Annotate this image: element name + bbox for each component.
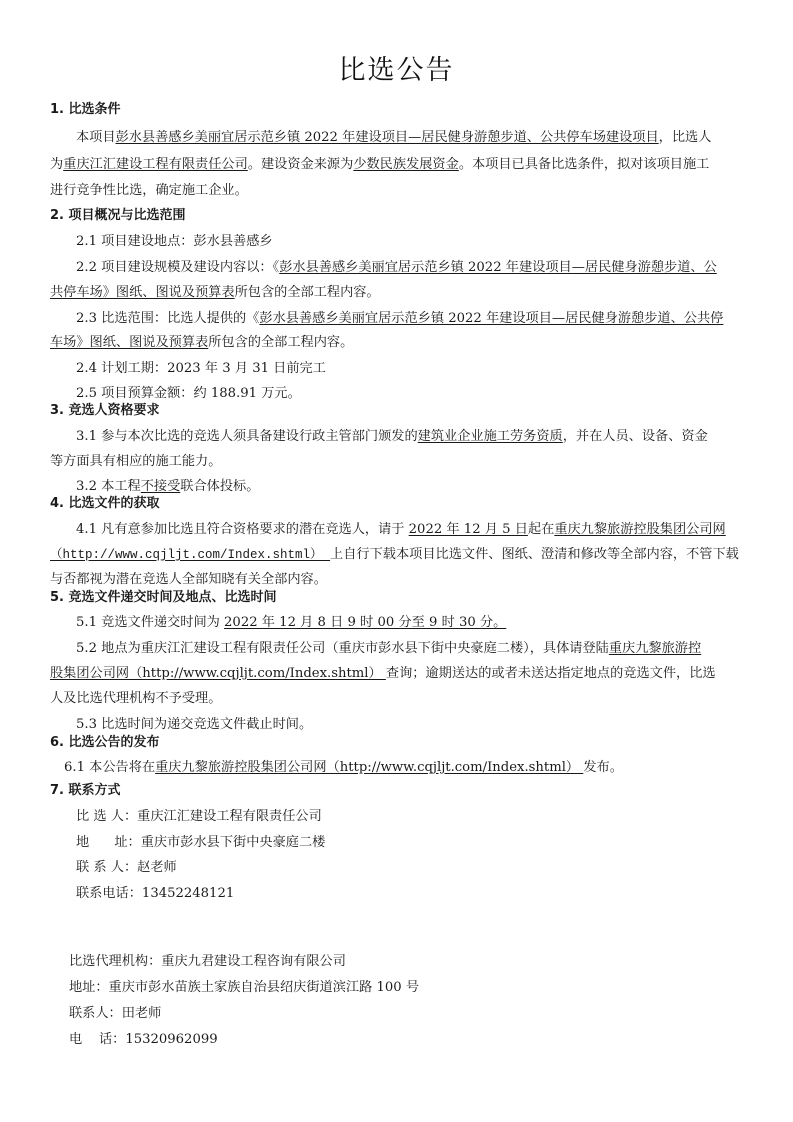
section-5-heading: 5. 竞选文件递交时间及地点、比选时间: [50, 589, 748, 607]
item-4-1-line-2: （http://www.cqjljt.com/Index.shtml） 上自行下…: [50, 546, 748, 564]
text: 所包含的全部工程内容。: [208, 335, 353, 350]
item-4-1-line-1: 4.1 凡有意参加比选且符合资格要求的潜在竞选人，请于 2022 年 12 月 …: [76, 521, 748, 539]
page-title: 比选公告: [0, 48, 793, 87]
item-2-2-line-2: 共停车场》图纸、图说及预算表所包含的全部工程内容。: [50, 284, 748, 302]
project-document-ref: 彭水县善感乡美丽宜居示范乡镇 2022 年建设项目—居民健身游憩步道、公: [279, 260, 717, 275]
item-2-3-line-2: 车场》图纸、图说及预算表所包含的全部工程内容。: [50, 334, 748, 352]
section-1-para-line-3: 进行竞争性比选，确定施工企业。: [50, 182, 748, 200]
text: ，并在人员、设备、资金: [563, 429, 708, 444]
item-5-1: 5.1 竞选文件递交时间为 2022 年 12 月 8 日 9 时 00 分至 …: [76, 614, 748, 632]
item-2-1: 2.1 项目建设地点：彭水县善感乡: [76, 233, 748, 251]
project-document-ref: 共停车场》图纸、图说及预算表: [50, 285, 235, 300]
text: 5.1 竞选文件递交时间为: [76, 615, 224, 630]
start-date: 2022 年 12 月 5 日: [409, 522, 528, 537]
section-3-heading: 3. 竞选人资格要求: [50, 402, 748, 420]
section-1-para-line-2: 为重庆江汇建设工程有限责任公司。建设资金来源为少数民族发展资金。本项目已具备比选…: [50, 156, 748, 174]
item-3-1-line-1: 3.1 参与本次比选的竞选人须具备建设行政主管部门颁发的建筑业企业施工劳务资质，…: [76, 428, 748, 446]
section-6-heading: 6. 比选公告的发布: [50, 734, 748, 752]
item-3-1-line-2: 等方面具有相应的施工能力。: [50, 453, 748, 471]
fund-source: 少数民族发展资金: [353, 157, 459, 172]
text: 联合体投标。: [180, 479, 259, 494]
item-5-2-line-1: 5.2 地点为重庆江汇建设工程有限责任公司（重庆市彭水县下街中央豪庭二楼），具体…: [76, 640, 748, 658]
project-document-ref: 车场》图纸、图说及预算表: [50, 335, 208, 350]
website-link[interactable]: 重庆九黎旅游控股集团公司网（http://www.cqjljt.com/Inde…: [155, 760, 583, 775]
text: 本项目: [76, 130, 116, 145]
submission-time: 2022 年 12 月 8 日 9 时 00 分至 9 时 30 分。: [224, 615, 506, 630]
item-2-4: 2.4 计划工期：2023 年 3 月 31 日前完工: [76, 360, 748, 378]
text: 所包含的全部工程内容。: [235, 285, 380, 300]
contact-phone: 联系电话：13452248121: [76, 885, 748, 903]
text: 5.2 地点为重庆江汇建设工程有限责任公司（重庆市彭水县下街中央豪庭二楼），具体…: [76, 641, 609, 656]
text: 2.3 比选范围：比选人提供的《: [76, 311, 259, 326]
website-url-link[interactable]: 股集团公司网（http://www.cqjljt.com/Index.shtml…: [50, 666, 386, 681]
text: 3.1 参与本次比选的竞选人须具备建设行政主管部门颁发的: [76, 429, 418, 444]
text: 3.2 本工程: [76, 479, 141, 494]
text: 起在: [528, 522, 554, 537]
text: 2.2 项目建设规模及建设内容以：《: [76, 260, 279, 275]
item-5-2-line-2: 股集团公司网（http://www.cqjljt.com/Index.shtml…: [50, 665, 748, 683]
qualification: 建筑业企业施工劳务资质: [418, 429, 563, 444]
agent-address: 地址：重庆市彭水苗族土家族自治县绍庆街道滨江路 100 号: [69, 979, 748, 997]
agent-contact: 联系人：田老师: [69, 1005, 748, 1023]
section-4-heading: 4. 比选文件的获取: [50, 495, 748, 513]
item-3-2: 3.2 本工程不接受联合体投标。: [76, 478, 748, 496]
item-5-2-line-3: 人及比选代理机构不予受理。: [50, 690, 748, 708]
section-1-heading: 1. 比选条件: [50, 101, 748, 119]
text: 4.1 凡有意参加比选且符合资格要求的潜在竞选人，请于: [76, 522, 409, 537]
text: 6.1 本公告将在: [64, 760, 155, 775]
document-page: 比选公告 1. 比选条件 本项目彭水县善感乡美丽宜居示范乡镇 2022 年建设项…: [0, 0, 793, 1122]
contact-person: 联 系 人：赵老师: [76, 859, 748, 877]
agent-phone: 电 话：15320962099: [69, 1031, 748, 1049]
text: 为: [50, 157, 63, 172]
tenderer-name: 重庆江汇建设工程有限责任公司: [63, 157, 248, 172]
website-name-link[interactable]: 重庆九黎旅游控: [609, 641, 701, 656]
item-4-1-line-3: 与否都视为潜在竞选人全部知晓有关全部内容。: [50, 571, 748, 589]
item-5-3: 5.3 比选时间为递交竞选文件截止时间。: [76, 716, 748, 734]
contact-address: 地 址：重庆市彭水县下街中央豪庭二楼: [76, 834, 748, 852]
text: 查询；逾期送达的或者未送达指定地点的竞选文件，比选: [386, 666, 716, 681]
item-6-1: 6.1 本公告将在重庆九黎旅游控股集团公司网（http://www.cqjljt…: [64, 759, 748, 777]
section-2-heading: 2. 项目概况与比选范围: [50, 207, 748, 225]
text: 。建设资金来源为: [248, 157, 354, 172]
text: 。本项目已具备比选条件，拟对该项目施工: [459, 157, 710, 172]
agent-name: 比选代理机构：重庆九君建设工程咨询有限公司: [69, 953, 748, 971]
website-name-link[interactable]: 重庆九黎旅游控股集团公司网: [554, 522, 725, 537]
consortium-rule: 不接受: [141, 479, 181, 494]
website-url-link[interactable]: （http://www.cqjljt.com/Index.shtml）: [50, 548, 330, 562]
text: 上自行下载本项目比选文件、图纸、澄清和修改等全部内容，不管下载: [330, 547, 739, 562]
project-name: 彭水县善感乡美丽宜居示范乡镇 2022 年建设项目—居民健身游憩步道、公共停车场…: [116, 130, 659, 145]
section-1-para-line-1: 本项目彭水县善感乡美丽宜居示范乡镇 2022 年建设项目—居民健身游憩步道、公共…: [76, 129, 748, 147]
text: 发布。: [583, 760, 623, 775]
item-2-3-line-1: 2.3 比选范围：比选人提供的《彭水县善感乡美丽宜居示范乡镇 2022 年建设项…: [76, 310, 748, 328]
item-2-2-line-1: 2.2 项目建设规模及建设内容以：《彭水县善感乡美丽宜居示范乡镇 2022 年建…: [76, 259, 748, 277]
item-2-5: 2.5 项目预算金额：约 188.91 万元。: [76, 385, 748, 403]
project-document-ref: 彭水县善感乡美丽宜居示范乡镇 2022 年建设项目—居民健身游憩步道、公共停: [259, 311, 723, 326]
section-7-heading: 7. 联系方式: [50, 782, 748, 800]
text: ，比选人: [659, 130, 712, 145]
contact-tenderer: 比 选 人：重庆江汇建设工程有限责任公司: [76, 808, 748, 826]
